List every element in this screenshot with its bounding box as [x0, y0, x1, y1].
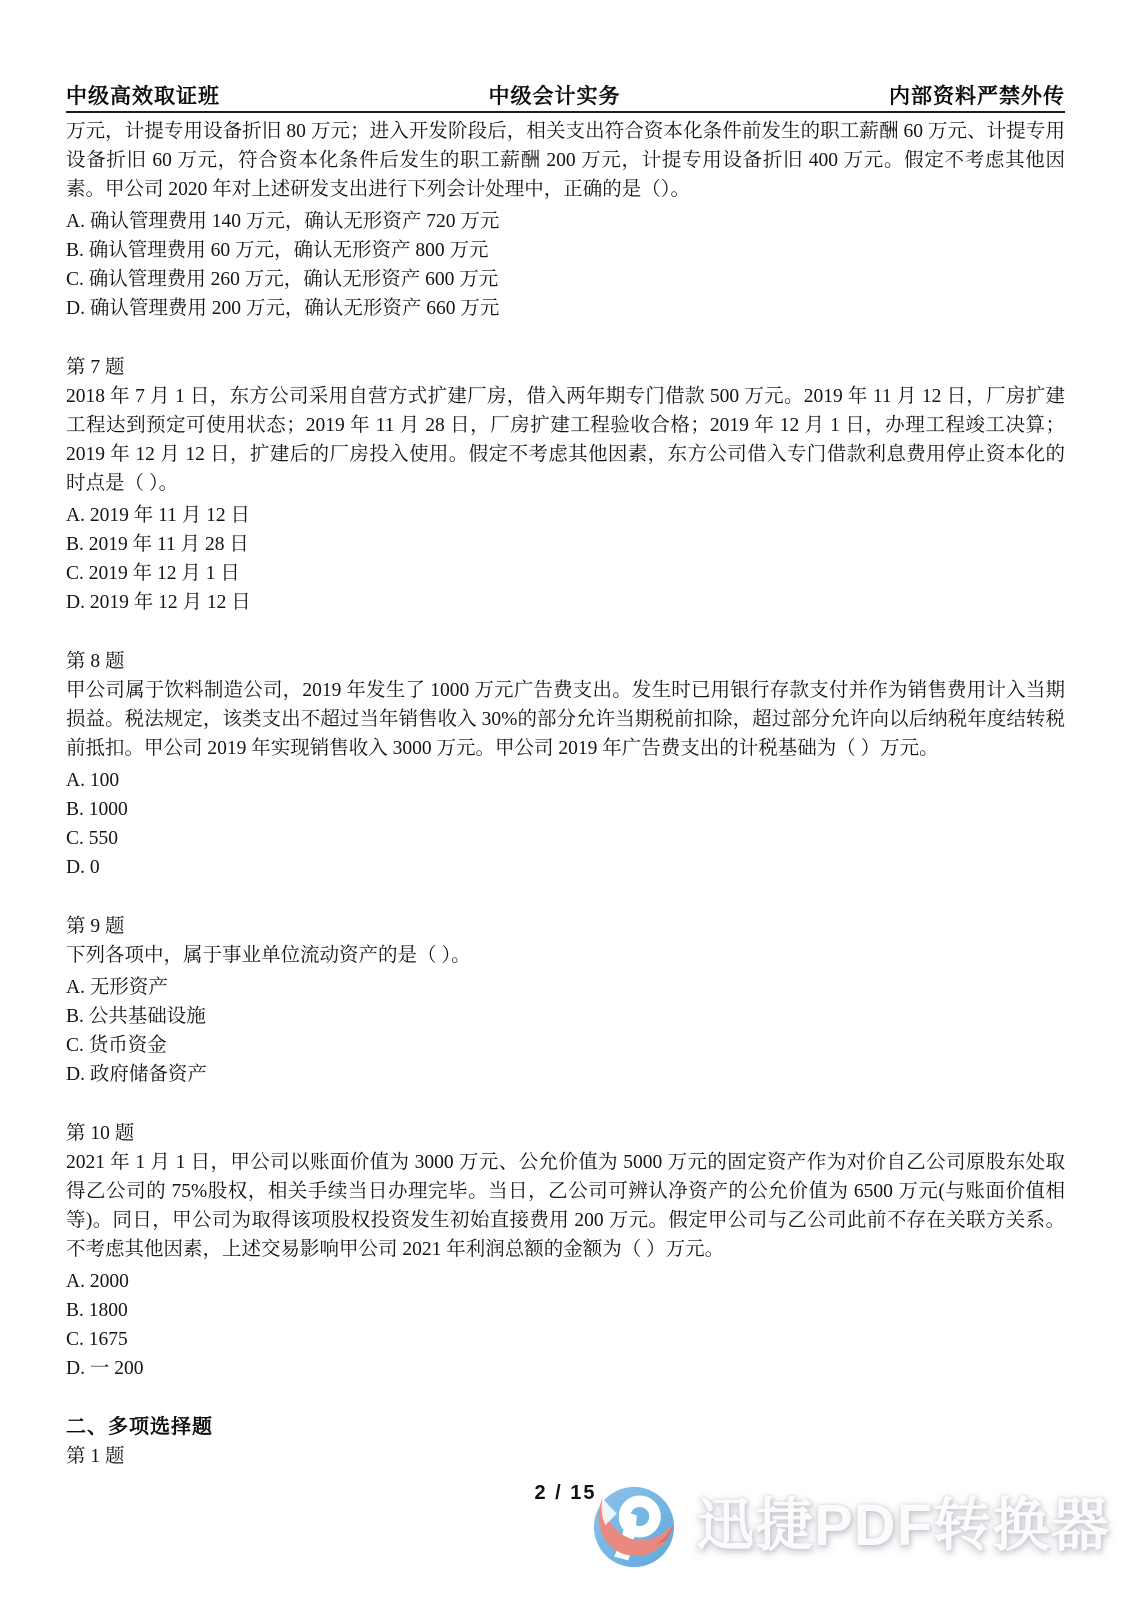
question-block-10: 第 10 题 2021 年 1 月 1 日，甲公司以账面价值为 3000 万元、… — [66, 1119, 1065, 1383]
header-divider — [66, 111, 1065, 113]
option-d: D. 政府储备资产 — [66, 1060, 1065, 1089]
question-block-9: 第 9 题 下列各项中，属于事业单位流动资产的是（ ）。 A. 无形资产 B. … — [66, 912, 1065, 1089]
question-body: 2021 年 1 月 1 日，甲公司以账面价值为 3000 万元、公允价值为 5… — [66, 1148, 1065, 1264]
option-c: C. 1675 — [66, 1325, 1065, 1354]
document-page: 迅捷PDF转换器 中级高效取证班 中级会计实务 内部资料严禁外传 万元，计提专用… — [0, 0, 1131, 1600]
option-b: B. 确认管理费用 60 万元，确认无形资产 800 万元 — [66, 236, 1065, 265]
question-label: 第 7 题 — [66, 353, 1065, 382]
option-d: D. 一 200 — [66, 1354, 1065, 1383]
option-c: C. 2019 年 12 月 1 日 — [66, 559, 1065, 588]
question-options: A. 2000 B. 1800 C. 1675 D. 一 200 — [66, 1267, 1065, 1383]
option-b: B. 2019 年 11 月 28 日 — [66, 530, 1065, 559]
page-header: 中级高效取证班 中级会计实务 内部资料严禁外传 — [66, 85, 1065, 109]
option-c: C. 货币资金 — [66, 1031, 1065, 1060]
header-confidential-notice: 内部资料严禁外传 — [889, 85, 1065, 109]
question-label: 第 10 题 — [66, 1119, 1065, 1148]
question-body: 下列各项中，属于事业单位流动资产的是（ ）。 — [66, 941, 1065, 970]
question-label: 第 8 题 — [66, 647, 1065, 676]
header-course-name: 中级高效取证班 — [66, 85, 220, 109]
page-content: 万元，计提专用设备折旧 80 万元；进入开发阶段后，相关支出符合资本化条件前发生… — [66, 117, 1065, 1471]
block-spacer — [66, 1383, 1065, 1413]
next-question-label: 第 1 题 — [66, 1442, 1065, 1471]
header-subject-title: 中级会计实务 — [489, 85, 621, 109]
question-options: A. 2019 年 11 月 12 日 B. 2019 年 11 月 28 日 … — [66, 501, 1065, 617]
continued-question-paragraph: 万元，计提专用设备折旧 80 万元；进入开发阶段后，相关支出符合资本化条件前发生… — [66, 117, 1065, 204]
question-body: 甲公司属于饮料制造公司，2019 年发生了 1000 万元广告费支出。发生时已用… — [66, 676, 1065, 763]
option-d: D. 0 — [66, 853, 1065, 882]
option-b: B. 1000 — [66, 795, 1065, 824]
option-d: D. 确认管理费用 200 万元，确认无形资产 660 万元 — [66, 294, 1065, 323]
question-block-7: 第 7 题 2018 年 7 月 1 日，东方公司采用自营方式扩建厂房，借入两年… — [66, 353, 1065, 617]
option-b: B. 1800 — [66, 1296, 1065, 1325]
question-options: A. 无形资产 B. 公共基础设施 C. 货币资金 D. 政府储备资产 — [66, 973, 1065, 1089]
option-a: A. 100 — [66, 766, 1065, 795]
option-c: C. 550 — [66, 824, 1065, 853]
option-c: C. 确认管理费用 260 万元，确认无形资产 600 万元 — [66, 265, 1065, 294]
option-a: A. 确认管理费用 140 万元，确认无形资产 720 万元 — [66, 207, 1065, 236]
section-heading-multiple-choice: 二、多项选择题 — [66, 1413, 1065, 1442]
option-b: B. 公共基础设施 — [66, 1002, 1065, 1031]
option-a: A. 2019 年 11 月 12 日 — [66, 501, 1065, 530]
option-a: A. 2000 — [66, 1267, 1065, 1296]
option-a: A. 无形资产 — [66, 973, 1065, 1002]
question-label: 第 9 题 — [66, 912, 1065, 941]
continued-question-options: A. 确认管理费用 140 万元，确认无形资产 720 万元 B. 确认管理费用… — [66, 207, 1065, 323]
watermark-text: 迅捷PDF转换器 — [696, 1496, 1110, 1556]
page-indicator: 2 / 15 — [0, 1482, 1131, 1505]
question-block-8: 第 8 题 甲公司属于饮料制造公司，2019 年发生了 1000 万元广告费支出… — [66, 647, 1065, 882]
block-spacer — [66, 882, 1065, 912]
question-options: A. 100 B. 1000 C. 550 D. 0 — [66, 766, 1065, 882]
question-body: 2018 年 7 月 1 日，东方公司采用自营方式扩建厂房，借入两年期专门借款 … — [66, 382, 1065, 498]
block-spacer — [66, 323, 1065, 353]
option-d: D. 2019 年 12 月 12 日 — [66, 588, 1065, 617]
block-spacer — [66, 617, 1065, 647]
block-spacer — [66, 1089, 1065, 1119]
